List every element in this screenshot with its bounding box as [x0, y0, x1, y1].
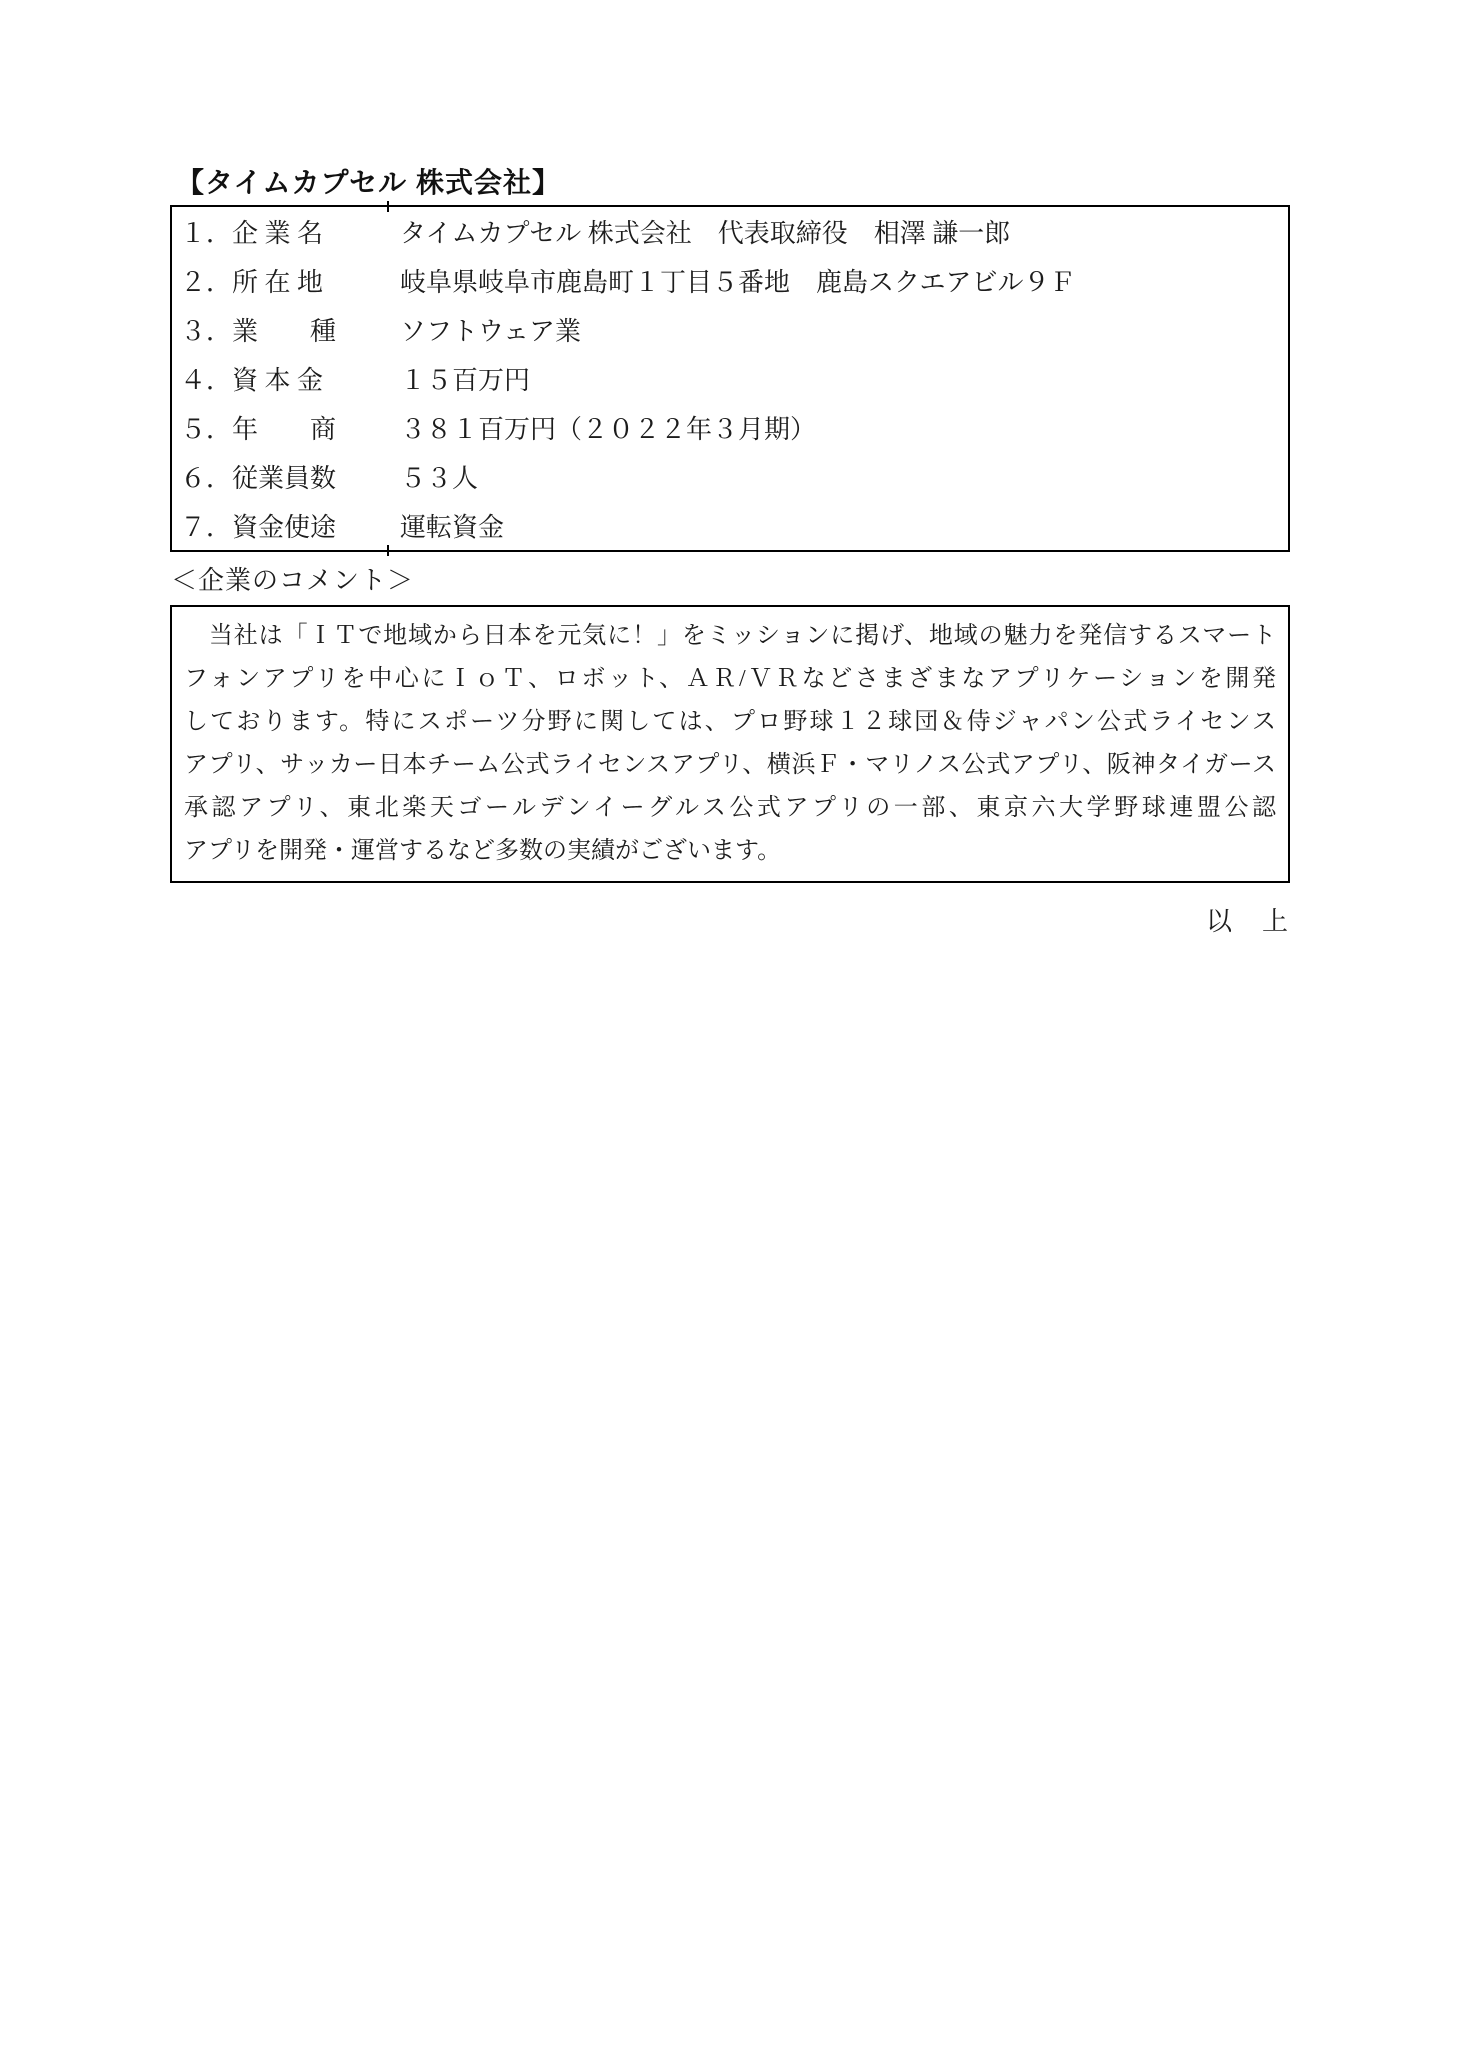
row-label-employees: ６．従業員数 [172, 458, 387, 495]
row-value-employees: ５３人 [387, 458, 1288, 495]
row-value-use-of-funds: 運転資金 [387, 507, 1288, 544]
company-info-table: １．企 業 名 タイムカプセル 株式会社 代表取締役 相澤 謙一郎 ２．所 在 … [170, 205, 1290, 552]
table-row: ２．所 在 地 岐阜県岐阜市鹿島町１丁目５番地 鹿島スクエアビル９Ｆ [172, 256, 1288, 305]
page-title: 【タイムカプセル 株式会社】 [176, 161, 561, 201]
row-label-company-name: １．企 業 名 [172, 213, 387, 250]
comment-line: しております。特にスポーツ分野に関しては、プロ野球１２球団＆侍ジャパン公式ライセ… [184, 701, 1276, 744]
table-row: ５．年 商 ３８１百万円（２０２２年３月期） [172, 403, 1288, 452]
comment-line: 承認アプリ、東北楽天ゴールデンイーグルス公式アプリの一部、東京六大学野球連盟公認 [184, 787, 1276, 830]
comment-line: 当社は「ＩＴで地域から日本を元気に！」をミッションに掲げ、地域の魅力を発信するス… [184, 615, 1276, 658]
document-page: 【タイムカプセル 株式会社】 １．企 業 名 タイムカプセル 株式会社 代表取締… [0, 0, 1457, 2068]
table-row: ７．資金使途 運転資金 [172, 501, 1288, 550]
row-label-industry: ３．業 種 [172, 311, 387, 348]
company-comment-box: 当社は「ＩＴで地域から日本を元気に！」をミッションに掲げ、地域の魅力を発信するス… [170, 605, 1290, 883]
row-value-capital: １５百万円 [387, 360, 1288, 397]
row-value-annual-sales: ３８１百万円（２０２２年３月期） [387, 409, 1288, 446]
table-row: １．企 業 名 タイムカプセル 株式会社 代表取締役 相澤 謙一郎 [172, 207, 1288, 256]
table-row: ６．従業員数 ５３人 [172, 452, 1288, 501]
column-divider-tick-bottom [387, 545, 389, 556]
row-value-industry: ソフトウェア業 [387, 311, 1288, 348]
column-divider-tick-top [387, 201, 389, 212]
row-label-capital: ４．資 本 金 [172, 360, 387, 397]
row-value-address: 岐阜県岐阜市鹿島町１丁目５番地 鹿島スクエアビル９Ｆ [387, 262, 1288, 299]
table-row: ４．資 本 金 １５百万円 [172, 354, 1288, 403]
comment-heading: ＜企業のコメント＞ [171, 560, 414, 597]
closing-mark: 以 上 [170, 901, 1290, 938]
comment-line: フォンアプリを中心にＩｏＴ、ロボット、ＡＲ/ＶＲなどさまざまなアプリケーションを… [184, 658, 1276, 701]
comment-line: アプリを開発・運営するなど多数の実績がございます。 [184, 830, 1276, 873]
row-label-use-of-funds: ７．資金使途 [172, 507, 387, 544]
row-label-annual-sales: ５．年 商 [172, 409, 387, 446]
row-value-company-name: タイムカプセル 株式会社 代表取締役 相澤 謙一郎 [387, 213, 1288, 250]
table-row: ３．業 種 ソフトウェア業 [172, 305, 1288, 354]
row-label-address: ２．所 在 地 [172, 262, 387, 299]
comment-line: アプリ、サッカー日本チーム公式ライセンスアプリ、横浜Ｆ・マリノス公式アプリ、阪神… [184, 744, 1276, 787]
